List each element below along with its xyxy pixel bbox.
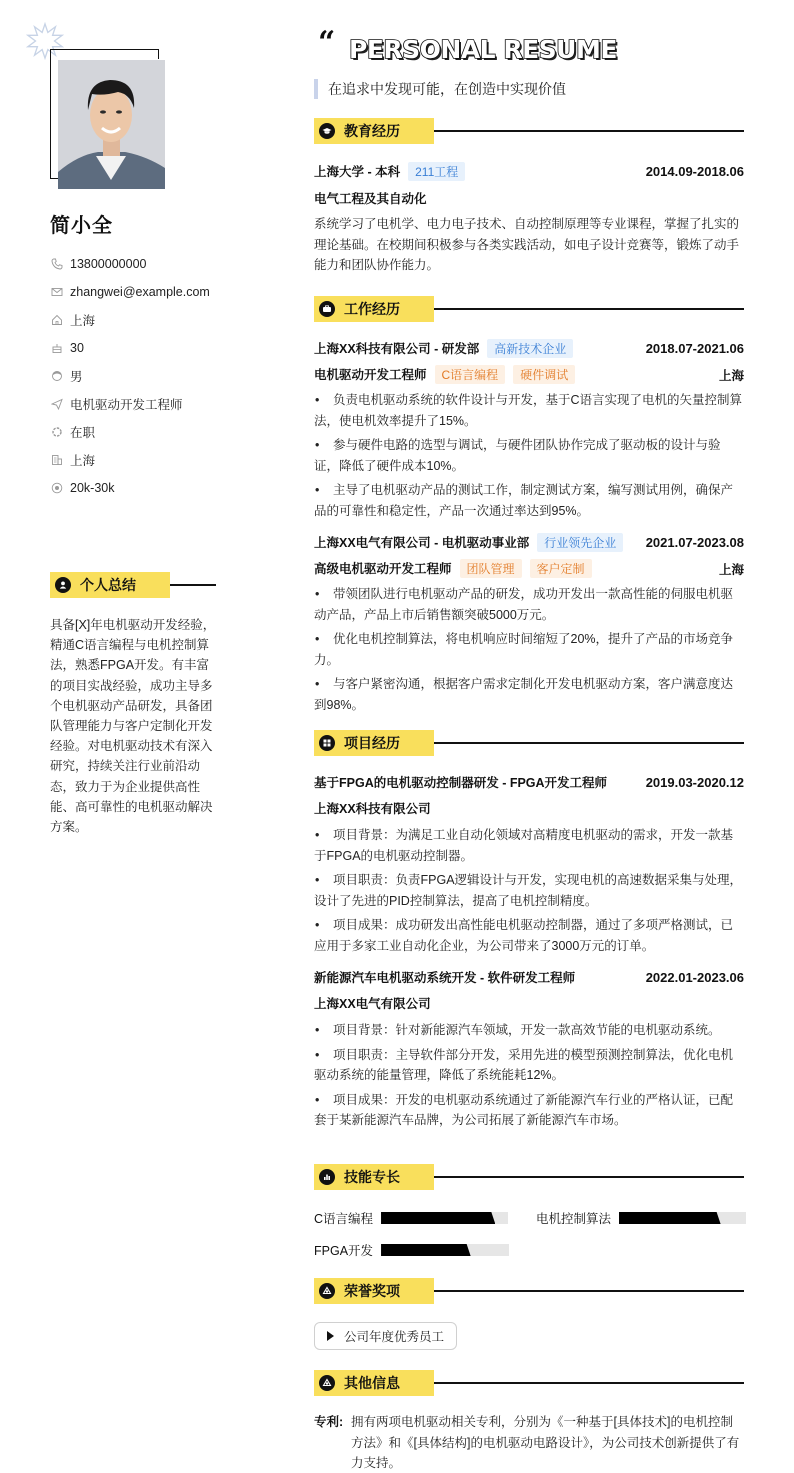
education-item: 上海大学 - 本科211工程 2014.09-2018.06 — [314, 162, 744, 181]
quote-icon: “ — [318, 28, 335, 58]
work-item: 上海XX电气有限公司 - 电机驱动事业部行业领先企业 2021.07-2023.… — [314, 533, 744, 715]
work-bullets: 负责电机驱动系统的软件设计与开发，基于C语言实现了电机的矢量控制算法，使电机效率… — [314, 390, 744, 521]
company-tag: 行业领先企业 — [537, 533, 623, 552]
skill-item: FPGA开发 — [314, 1242, 509, 1258]
skill-bar — [381, 1244, 509, 1256]
list-item: 参与硬件电路的选型与调试，与硬件团队协作完成了驱动板的设计与验证，降低了硬件成本… — [314, 435, 744, 476]
divider — [170, 584, 216, 585]
divider — [434, 1176, 744, 1177]
list-item: 项目职责：主导软件部分开发，采用先进的模型预测控制算法，优化电机驱动系统的能量管… — [314, 1045, 744, 1086]
skills-section: 技能专长 C语言编程 电机控制算法 FPGA开发 — [314, 1164, 744, 1270]
work-section: 工作经历 上海XX科技有限公司 - 研发部高新技术企业 2018.07-2021… — [314, 296, 744, 719]
cake-icon — [50, 342, 63, 355]
project-company: 上海XX电气有限公司 — [314, 994, 744, 1012]
status-icon — [50, 426, 63, 439]
send-icon — [50, 398, 63, 411]
work-location: 上海 — [719, 366, 744, 384]
other-key: 专利: — [314, 1412, 351, 1473]
info-age: 30 — [50, 334, 270, 362]
page-title: PERSONAL RESUME PERSONAL RESUME — [348, 32, 618, 68]
award-chip: 公司年度优秀员工 — [314, 1322, 457, 1350]
info-icon — [319, 1375, 335, 1391]
divider — [434, 742, 744, 743]
list-item: 项目成果：成功研发出高性能电机驱动控制器，通过了多项严格测试，已应用于多家工业自… — [314, 915, 744, 956]
divider — [434, 308, 744, 309]
skills-section-heading: 技能专长 — [314, 1164, 744, 1190]
phone-icon — [50, 258, 63, 271]
candidate-name: 简小全 — [50, 209, 113, 238]
list-item: 负责电机驱动系统的软件设计与开发，基于C语言实现了电机的矢量控制算法，使电机效率… — [314, 390, 744, 431]
info-phone: 13800000000 — [50, 250, 270, 278]
major: 电气工程及其自动化 — [314, 189, 744, 207]
grid-icon — [319, 735, 335, 751]
list-item: 与客户紧密沟通，根据客户需求定制化开发电机驱动方案，客户满意度达到98%。 — [314, 674, 744, 715]
project-company: 上海XX科技有限公司 — [314, 799, 744, 817]
job-title: 电机驱动开发工程师 — [314, 368, 427, 382]
skill-bar — [381, 1212, 508, 1224]
list-item: 项目职责：负责FPGA逻辑设计与开发，实现电机的高速数据采集与处理，设计了先进的… — [314, 870, 744, 911]
work-location: 上海 — [719, 560, 744, 578]
home-icon — [50, 314, 63, 327]
info-status: 在职 — [50, 418, 270, 446]
skill-item: C语言编程 — [314, 1210, 508, 1226]
project-bullets: 项目背景：为满足工业自动化领域对高精度电机驱动的需求，开发一款基于FPGA的电机… — [314, 825, 744, 956]
list-item: 优化电机控制算法，将电机响应时间缩短了20%，提升了产品的市场竞争力。 — [314, 629, 744, 670]
svg-text:PERSONAL RESUME: PERSONAL RESUME — [349, 35, 617, 64]
list-item: 带领团队进行电机驱动产品的研发，成功开发出一款高性能的伺服电机驱动产品，产品上市… — [314, 584, 744, 625]
sidebar: 简小全 13800000000 zhangwei@example.com 上海 … — [0, 0, 280, 1473]
info-email: zhangwei@example.com — [50, 278, 270, 306]
work-bullets: 带领团队进行电机驱动产品的研发，成功开发出一款高性能的伺服电机驱动产品，产品上市… — [314, 584, 744, 715]
info-gender: 男 — [50, 362, 270, 390]
work-date: 2018.07-2021.06 — [646, 341, 744, 356]
divider — [434, 1290, 744, 1291]
project-date: 2019.03-2020.12 — [646, 775, 744, 790]
divider — [434, 1382, 744, 1383]
avatar — [58, 60, 165, 189]
education-date: 2014.09-2018.06 — [646, 164, 744, 179]
skill-tag: 硬件调试 — [513, 365, 575, 384]
project-title: 新能源汽车电机驱动系统开发 - 软件研发工程师 — [314, 968, 575, 986]
skill-tag: 团队管理 — [460, 559, 522, 578]
projects-section-heading: 项目经历 — [314, 730, 744, 756]
salary-icon — [50, 482, 63, 495]
project-item: 基于FPGA的电机驱动控制器研发 - FPGA开发工程师 2019.03-202… — [314, 773, 744, 956]
other-item: 专利: 拥有两项电机驱动相关专利，分别为《一种基于[具体技术]的电机控制方法》和… — [314, 1412, 744, 1473]
job-title: 高级电机驱动开发工程师 — [314, 562, 452, 576]
skill-tag: C语言编程 — [435, 365, 506, 384]
skills-grid: C语言编程 电机控制算法 FPGA开发 — [314, 1210, 744, 1270]
project-bullets: 项目背景：针对新能源汽车领域，开发一款高效节能的电机驱动系统。 项目职责：主导软… — [314, 1020, 744, 1131]
mail-icon — [50, 286, 63, 299]
divider — [434, 130, 744, 131]
subtitle-motto: 在追求中发现可能，在创造中实现价值 — [314, 79, 566, 99]
awards-section-heading: 荣誉奖项 — [314, 1278, 744, 1304]
company-name: 上海XX电气有限公司 - 电机驱动事业部 — [314, 536, 529, 550]
work-item: 上海XX科技有限公司 - 研发部高新技术企业 2018.07-2021.06 电… — [314, 339, 744, 521]
summary-text: 具备[X]年电机驱动开发经验，精通C语言编程与电机控制算法，熟悉FPGA开发。有… — [50, 615, 220, 837]
awards-section: 荣誉奖项 公司年度优秀员工 — [314, 1278, 744, 1350]
contact-info-list: 13800000000 zhangwei@example.com 上海 30 男… — [50, 250, 270, 502]
award-icon — [319, 1283, 335, 1299]
list-item: 主导了电机驱动产品的测试工作，制定测试方案，编写测试用例，确保产品的可靠性和稳定… — [314, 480, 744, 521]
company-name: 上海XX科技有限公司 - 研发部 — [314, 342, 479, 356]
list-item: 项目背景：针对新能源汽车领域，开发一款高效节能的电机驱动系统。 — [314, 1020, 744, 1041]
project-date: 2022.01-2023.06 — [646, 970, 744, 985]
summary-section-heading: 个人总结 — [50, 572, 216, 598]
projects-section: 项目经历 基于FPGA的电机驱动控制器研发 - FPGA开发工程师 2019.0… — [314, 730, 744, 1135]
education-section-heading: 教育经历 — [314, 118, 744, 144]
graduation-cap-icon — [319, 123, 335, 139]
info-home: 上海 — [50, 306, 270, 334]
play-icon — [327, 1331, 334, 1341]
other-section-heading: 其他信息 — [314, 1370, 744, 1396]
list-item: 项目背景：为满足工业自动化领域对高精度电机驱动的需求，开发一款基于FPGA的电机… — [314, 825, 744, 866]
gender-icon — [50, 370, 63, 383]
work-section-heading: 工作经历 — [314, 296, 744, 322]
education-description: 系统学习了电机学、电力电子技术、自动控制原理等专业课程，掌握了扎实的理论基础。在… — [314, 214, 744, 276]
project-item: 新能源汽车电机驱动系统开发 - 软件研发工程师 2022.01-2023.06 … — [314, 968, 744, 1131]
other-section: 其他信息 专利: 拥有两项电机驱动相关专利，分别为《一种基于[具体技术]的电机控… — [314, 1370, 744, 1473]
info-position: 电机驱动开发工程师 — [50, 390, 270, 418]
info-salary: 20k-30k — [50, 474, 270, 502]
bar-chart-icon — [319, 1169, 335, 1185]
info-city: 上海 — [50, 446, 270, 474]
building-icon — [50, 454, 63, 467]
education-section: 教育经历 上海大学 - 本科211工程 2014.09-2018.06 电气工程… — [314, 118, 744, 276]
project-title: 基于FPGA的电机驱动控制器研发 - FPGA开发工程师 — [314, 773, 607, 791]
school-name: 上海大学 - 本科 — [314, 165, 400, 179]
briefcase-icon — [319, 301, 335, 317]
other-value: 拥有两项电机驱动相关专利，分别为《一种基于[具体技术]的电机控制方法》和《[具体… — [351, 1412, 744, 1473]
list-item: 项目成果：开发的电机驱动系统通过了新能源汽车行业的严格认证，已配套于某新能源汽车… — [314, 1090, 744, 1131]
company-tag: 高新技术企业 — [487, 339, 573, 358]
work-date: 2021.07-2023.08 — [646, 535, 744, 550]
school-tag: 211工程 — [408, 162, 465, 181]
user-icon — [55, 577, 71, 593]
skill-tag: 客户定制 — [530, 559, 592, 578]
skill-bar — [619, 1212, 746, 1224]
skill-item: 电机控制算法 — [536, 1210, 746, 1226]
